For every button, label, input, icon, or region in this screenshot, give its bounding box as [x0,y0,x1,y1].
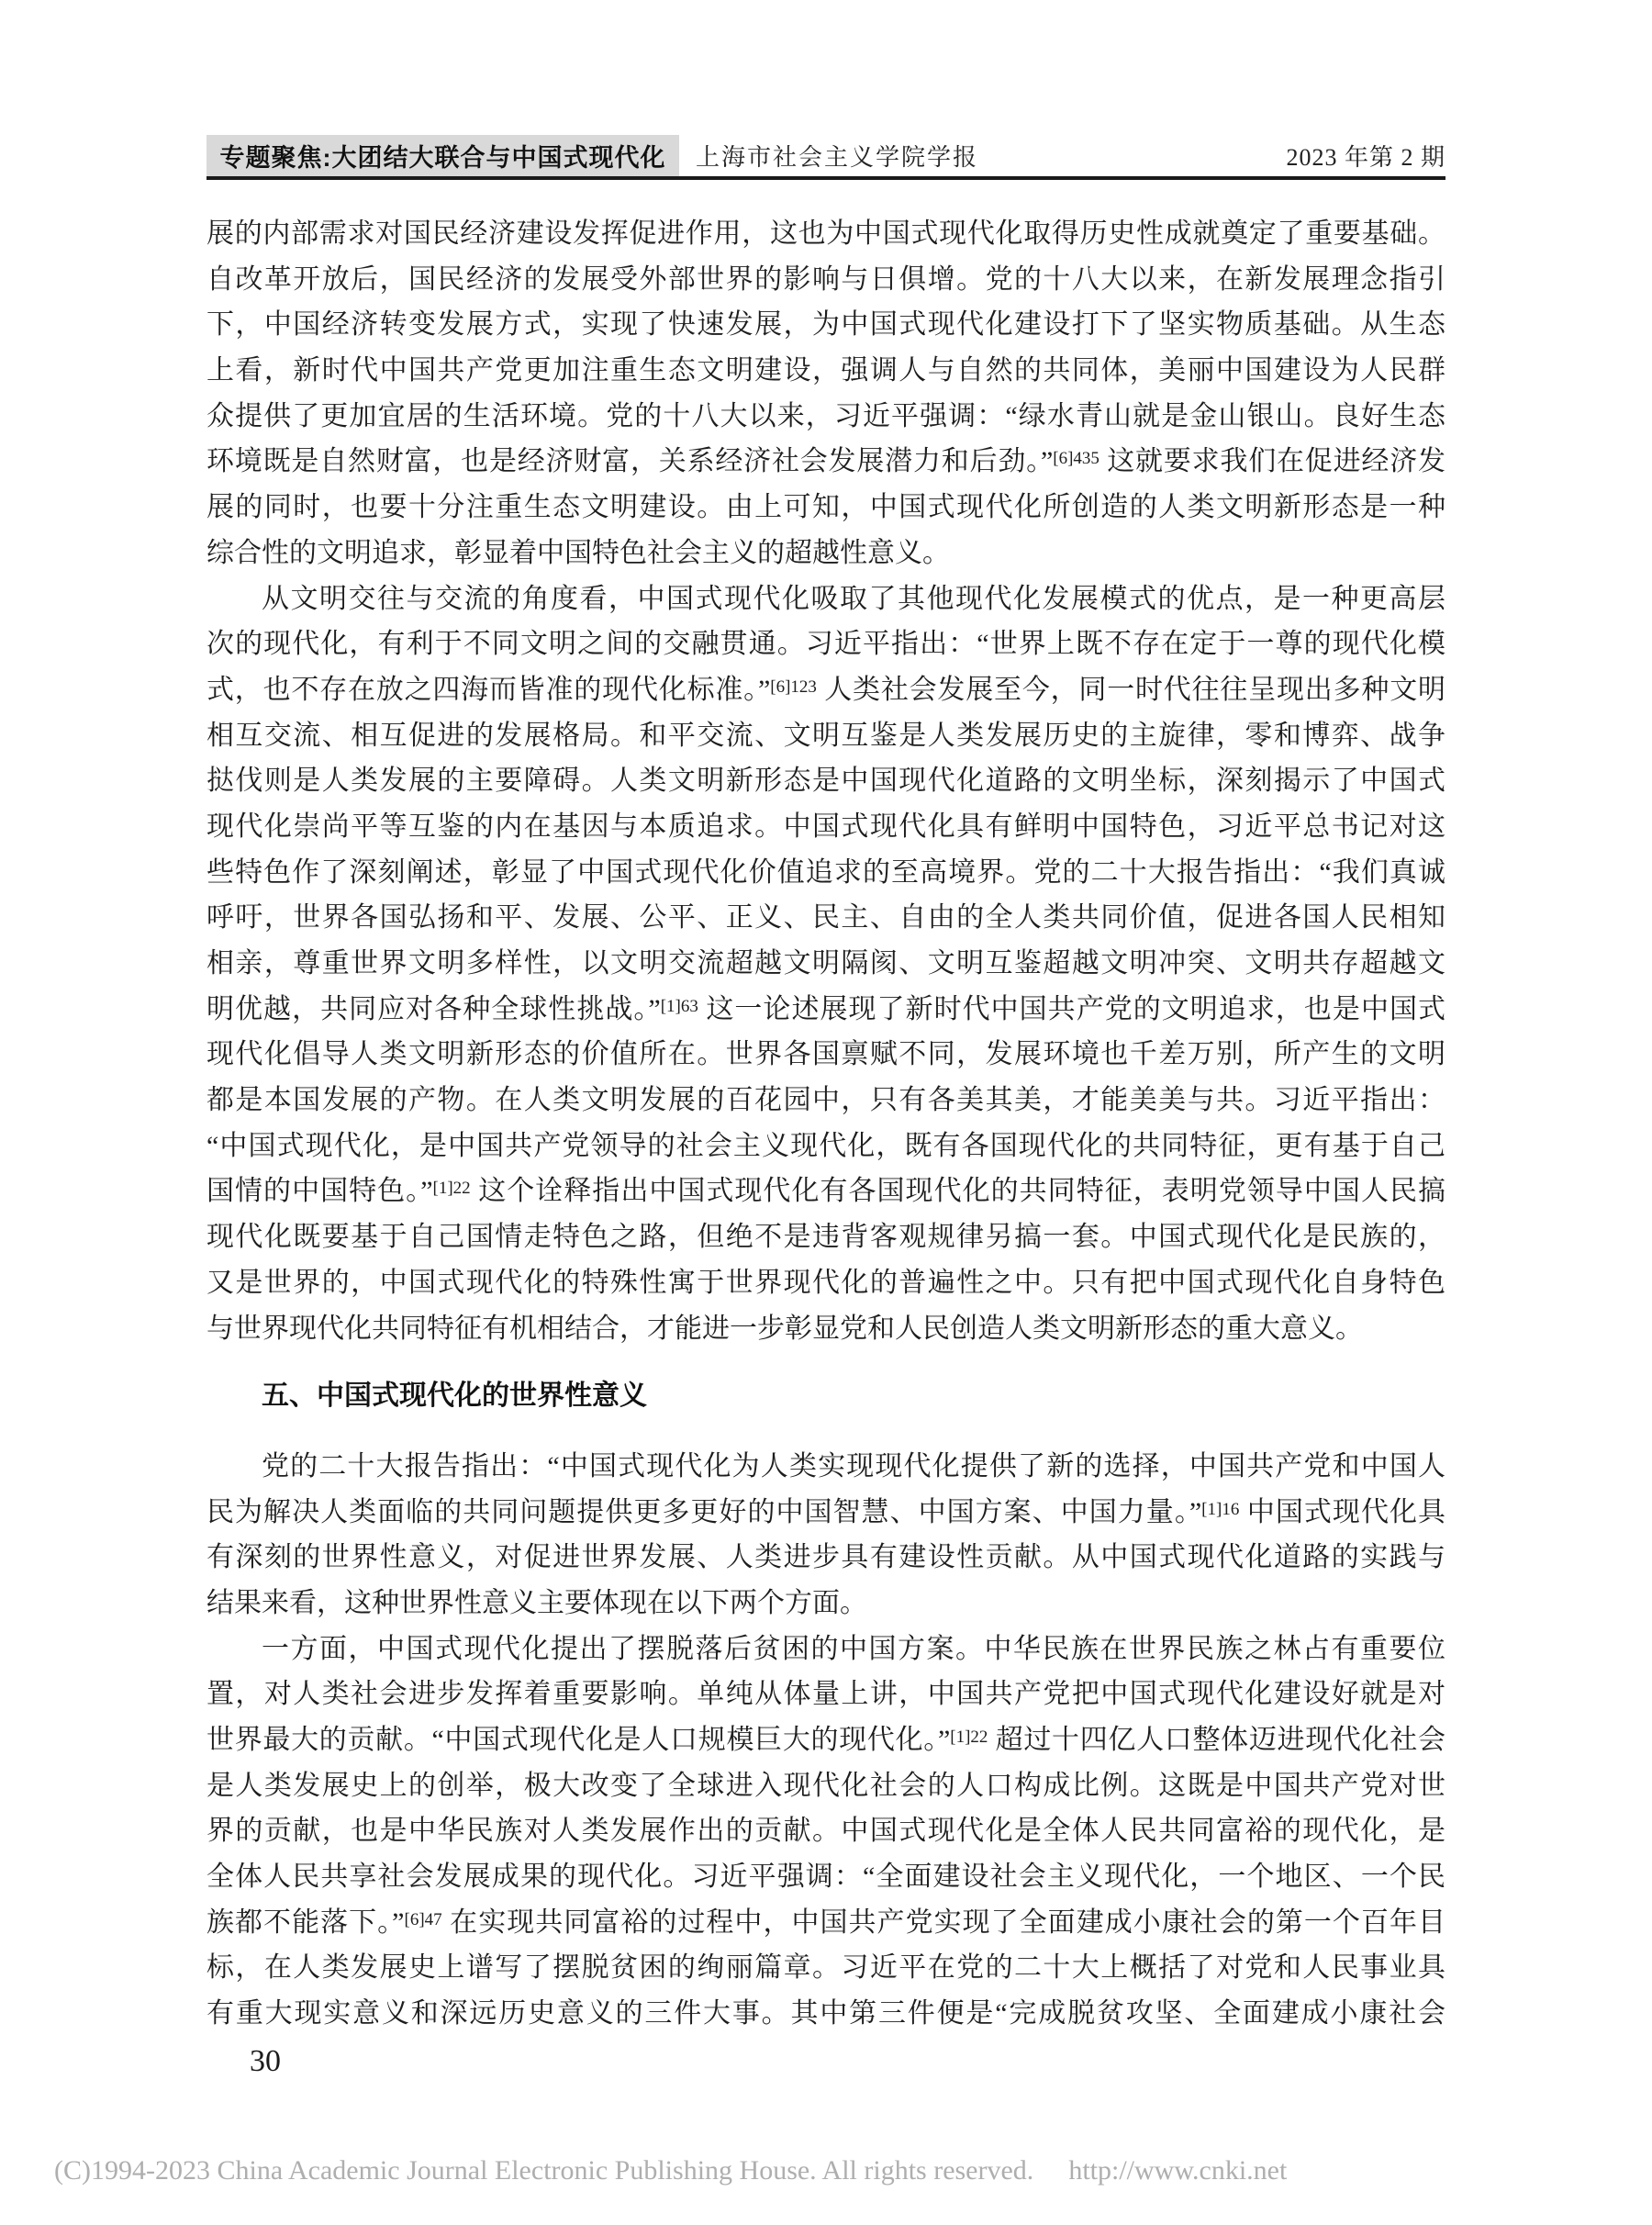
text-segment: 呼吁，世界各国弘扬和平、发展、公平、正义、民主、自由的全人类共同价值，促进各国人… [206,902,1445,933]
text-segment: 在实现共同富裕的过程中，中国共产党实现了全面建成小康社会的第一个百年目 [442,1907,1445,1938]
text-segment: 自改革开放后，国民经济的发展受外部世界的影响与日俱增。党的十八大以来，在新发展理… [206,264,1445,295]
text-line: 展的同时，也要十分注重生态文明建设。由上可知，中国式现代化所创造的人类文明新形态… [206,485,1445,531]
text-segment: 这个诠释指出中国式现代化有各国现代化的共同特征，表明党领导中国人民搞 [471,1176,1445,1206]
text-line: 次的现代化，有利于不同文明之间的交融贯通。习近平指出：“世界上既不存在定于一尊的… [206,621,1445,667]
text-line: 世界最大的贡献。“中国式现代化是人口规模巨大的现代化。”[1]22 超过十四亿人… [206,1717,1445,1763]
page-number: 30 [250,2044,281,2079]
text-line: 环境既是自然财富，也是经济财富，关系经济社会发展潜力和后劲。”[6]435 这就… [206,439,1445,485]
page-footer: (C)1994-2023 China Academic Journal Elec… [54,2155,1287,2186]
paragraph: 展的内部需求对国民经济建设发挥促进作用，这也为中国式现代化取得历史性成就奠定了重… [206,211,1445,576]
citation-superscript: [1]16 [1201,1500,1239,1519]
text-line: 又是世界的，中国式现代化的特殊性寓于世界现代化的普遍性之中。只有把中国式现代化自… [206,1260,1445,1306]
text-line: 展的内部需求对国民经济建设发挥促进作用，这也为中国式现代化取得历史性成就奠定了重… [206,211,1445,257]
text-segment: 结果来看，这种世界性意义主要体现在以下两个方面。 [206,1588,867,1618]
text-segment: 现代化既要基于自己国情走特色之路，但绝不是违背客观规律另搞一套。中国式现代化是民… [206,1222,1445,1252]
text-line: 呼吁，世界各国弘扬和平、发展、公平、正义、民主、自由的全人类共同价值，促进各国人… [206,895,1445,941]
text-line: 一方面，中国式现代化提出了摆脱落后贫困的中国方案。中华民族在世界民族之林占有重要… [206,1627,1445,1672]
paragraph: 从文明交往与交流的角度看，中国式现代化吸取了其他现代化发展模式的优点，是一种更高… [206,576,1445,1352]
column-header-box: 专题聚焦:大团结大联合与中国式现代化 [206,135,679,176]
column-header-label: 专题聚焦:大团结大联合与中国式现代化 [220,138,666,173]
text-segment: 标，在人类发展史上谱写了摆脱贫困的绚丽篇章。习近平在党的二十大上概括了对党和人民… [206,1952,1445,1983]
text-segment: 众提供了更加宜居的生活环境。党的十八大以来，习近平强调：“绿水青山就是金山银山。… [206,401,1445,431]
paragraph: 一方面，中国式现代化提出了摆脱落后贫困的中国方案。中华民族在世界民族之林占有重要… [206,1627,1445,2037]
text-segment: 相亲，尊重世界文明多样性，以文明交流超越文明隔阂、文明互鉴超越文明冲突、文明共存… [206,948,1445,978]
text-segment: 次的现代化，有利于不同文明之间的交融贯通。习近平指出：“世界上既不存在定于一尊的… [206,629,1445,659]
citation-superscript: [1]22 [950,1727,988,1747]
text-line: 从文明交往与交流的角度看，中国式现代化吸取了其他现代化发展模式的优点，是一种更高… [206,576,1445,622]
text-line: 现代化崇尚平等互鉴的内在基因与本质追求。中国式现代化具有鲜明中国特色，习近平总书… [206,804,1445,850]
citation-superscript: [6]435 [1053,449,1099,468]
text-line: 置，对人类社会进步发挥着重要影响。单纯从体量上讲，中国共产党把中国式现代化建设好… [206,1672,1445,1717]
paragraph: 党的二十大报告指出：“中国式现代化为人类实现现代化提供了新的选择，中国共产党和中… [206,1444,1445,1627]
text-line: 相亲，尊重世界文明多样性，以文明交流超越文明隔阂、文明互鉴超越文明冲突、文明共存… [206,941,1445,987]
text-segment: 综合性的文明追求，彰显着中国特色社会主义的超越性意义。 [206,538,950,568]
text-line: 都是本国发展的产物。在人类文明发展的百花园中，只有各美其美，才能美美与共。习近平… [206,1078,1445,1124]
issue-label: 2023 年第 2 期 [1286,139,1445,173]
text-segment: 民为解决人类面临的共同问题提供更多更好的中国智慧、中国方案、中国力量。” [206,1497,1201,1527]
text-line: 明优越，共同应对各种全球性挑战。”[1]63 这一论述展现了新时代中国共产党的文… [206,987,1445,1033]
text-segment: 挞伐则是人类发展的主要障碍。人类文明新形态是中国现代化道路的文明坐标，深刻揭示了… [206,766,1445,796]
text-line: 有重大现实意义和深远历史意义的三件大事。其中第三件便是“完成脱贫攻坚、全面建成小… [206,1991,1445,2037]
text-segment: “中国式现代化，是中国共产党领导的社会主义现代化，既有各国现代化的共同特征，更有… [206,1131,1445,1161]
text-segment: 明优越，共同应对各种全球性挑战。” [206,994,661,1024]
footer-url: http://www.cnki.net [1068,2155,1287,2186]
text-line: 族都不能落下。”[6]47 在实现共同富裕的过程中，中国共产党实现了全面建成小康… [206,1900,1445,1946]
text-segment: 国情的中国特色。” [206,1176,433,1206]
text-line: 民为解决人类面临的共同问题提供更多更好的中国智慧、中国方案、中国力量。”[1]1… [206,1490,1445,1536]
text-segment: 下，中国经济转变发展方式，实现了快速发展，为中国式现代化建设打下了坚实物质基础。… [206,309,1445,340]
text-segment: 式，也不存在放之四海而皆准的现代化标准。” [206,675,770,705]
text-segment: 现代化崇尚平等互鉴的内在基因与本质追求。中国式现代化具有鲜明中国特色，习近平总书… [206,811,1445,842]
journal-title: 上海市社会主义学院学报 [696,139,978,173]
text-segment: 超过十四亿人口整体迈进现代化社会 [988,1725,1445,1755]
text-line: 界的贡献，也是中华民族对人类发展作出的贡献。中国式现代化是全体人民共同富裕的现代… [206,1808,1445,1854]
text-segment: 有重大现实意义和深远历史意义的三件大事。其中第三件便是“完成脱贫攻坚、全面建成小… [206,1998,1445,2029]
text-segment: 全体人民共享社会发展成果的现代化。习近平强调：“全面建设社会主义现代化，一个地区… [206,1862,1445,1892]
text-segment: 一方面，中国式现代化提出了摆脱落后贫困的中国方案。中华民族在世界民族之林占有重要… [262,1634,1445,1664]
text-segment: 相互交流、相互促进的发展格局。和平交流、文明互鉴是人类发展历史的主旋律，零和博弈… [206,721,1445,751]
text-segment: 界的贡献，也是中华民族对人类发展作出的贡献。中国式现代化是全体人民共同富裕的现代… [206,1816,1445,1846]
text-line: 挞伐则是人类发展的主要障碍。人类文明新形态是中国现代化道路的文明坐标，深刻揭示了… [206,758,1445,804]
text-segment: 有深刻的世界性意义，对促进世界发展、人类进步具有建设性贡献。从中国式现代化道路的… [206,1542,1445,1572]
text-line: 党的二十大报告指出：“中国式现代化为人类实现现代化提供了新的选择，中国共产党和中… [206,1444,1445,1490]
text-segment: 族都不能落下。” [206,1907,405,1938]
text-segment: 这一论述展现了新时代中国共产党的文明追求，也是中国式 [698,994,1445,1024]
text-line: “中国式现代化，是中国共产党领导的社会主义现代化，既有各国现代化的共同特征，更有… [206,1124,1445,1169]
text-segment: 从文明交往与交流的角度看，中国式现代化吸取了其他现代化发展模式的优点，是一种更高… [262,584,1445,614]
text-line: 相互交流、相互促进的发展格局。和平交流、文明互鉴是人类发展历史的主旋律，零和博弈… [206,713,1445,759]
section-heading: 五、中国式现代化的世界性意义 [206,1373,1445,1419]
footer-copyright: (C)1994-2023 China Academic Journal Elec… [54,2155,1033,2186]
text-segment: 些特色作了深刻阐述，彰显了中国式现代化价值追求的至高境界。党的二十大报告指出：“… [206,857,1445,888]
text-line: 是人类发展史上的创举，极大改变了全球进入现代化社会的人口构成比例。这既是中国共产… [206,1763,1445,1809]
text-line: 现代化既要基于自己国情走特色之路，但绝不是违背客观规律另搞一套。中国式现代化是民… [206,1214,1445,1260]
text-line: 与世界现代化共同特征有机相结合，才能进一步彰显党和人民创造人类文明新形态的重大意… [206,1306,1445,1352]
text-segment: 置，对人类社会进步发挥着重要影响。单纯从体量上讲，中国共产党把中国式现代化建设好… [206,1679,1445,1709]
text-line: 些特色作了深刻阐述，彰显了中国式现代化价值追求的至高境界。党的二十大报告指出：“… [206,850,1445,896]
text-line: 全体人民共享社会发展成果的现代化。习近平强调：“全面建设社会主义现代化，一个地区… [206,1854,1445,1900]
page-header: 专题聚焦:大团结大联合与中国式现代化 上海市社会主义学院学报 2023 年第 2… [206,135,1445,176]
text-line: 国情的中国特色。”[1]22 这个诠释指出中国式现代化有各国现代化的共同特征，表… [206,1168,1445,1214]
text-line: 式，也不存在放之四海而皆准的现代化标准。”[6]123 人类社会发展至今，同一时… [206,667,1445,713]
text-segment: 都是本国发展的产物。在人类文明发展的百花园中，只有各美其美，才能美美与共。习近平… [206,1085,1445,1115]
article-body: 展的内部需求对国民经济建设发挥促进作用，这也为中国式现代化取得历史性成就奠定了重… [206,211,1445,2037]
text-segment: 展的内部需求对国民经济建设发挥促进作用，这也为中国式现代化取得历史性成就奠定了重… [206,218,1445,249]
text-segment: 现代化倡导人类文明新形态的价值所在。世界各国禀赋不同，发展环境也千差万别，所产生… [206,1039,1445,1069]
citation-superscript: [1]22 [433,1179,471,1198]
header-rule [206,176,1445,180]
text-line: 上看，新时代中国共产党更加注重生态文明建设，强调人与自然的共同体，美丽中国建设为… [206,348,1445,394]
text-line: 现代化倡导人类文明新形态的价值所在。世界各国禀赋不同，发展环境也千差万别，所产生… [206,1032,1445,1078]
text-segment: 世界最大的贡献。“中国式现代化是人口规模巨大的现代化。” [206,1725,950,1755]
text-line: 有深刻的世界性意义，对促进世界发展、人类进步具有建设性贡献。从中国式现代化道路的… [206,1535,1445,1581]
text-segment: 这就要求我们在促进经济发 [1099,446,1445,476]
text-segment: 是人类发展史上的创举，极大改变了全球进入现代化社会的人口构成比例。这既是中国共产… [206,1771,1445,1801]
text-segment: 与世界现代化共同特征有机相结合，才能进一步彰显党和人民创造人类文明新形态的重大意… [206,1314,1363,1344]
text-segment: 党的二十大报告指出：“中国式现代化为人类实现现代化提供了新的选择，中国共产党和中… [262,1451,1445,1481]
citation-superscript: [6]123 [770,677,817,697]
text-segment: 环境既是自然财富，也是经济财富，关系经济社会发展潜力和后劲。” [206,446,1053,476]
text-line: 综合性的文明追求，彰显着中国特色社会主义的超越性意义。 [206,531,1445,576]
text-segment: 展的同时，也要十分注重生态文明建设。由上可知，中国式现代化所创造的人类文明新形态… [206,492,1445,522]
text-segment: 上看，新时代中国共产党更加注重生态文明建设，强调人与自然的共同体，美丽中国建设为… [206,355,1445,386]
text-segment: 又是世界的，中国式现代化的特殊性寓于世界现代化的普遍性之中。只有把中国式现代化自… [206,1268,1445,1298]
text-line: 众提供了更加宜居的生活环境。党的十八大以来，习近平强调：“绿水青山就是金山银山。… [206,394,1445,440]
text-line: 下，中国经济转变发展方式，实现了快速发展，为中国式现代化建设打下了坚实物质基础。… [206,302,1445,348]
citation-superscript: [6]47 [405,1910,442,1929]
text-segment: 中国式现代化具 [1239,1497,1445,1527]
text-segment: 人类社会发展至今，同一时代往往呈现出多种文明 [817,675,1445,705]
text-line: 自改革开放后，国民经济的发展受外部世界的影响与日俱增。党的十八大以来，在新发展理… [206,257,1445,303]
text-line: 标，在人类发展史上谱写了摆脱贫困的绚丽篇章。习近平在党的二十大上概括了对党和人民… [206,1945,1445,1991]
text-line: 结果来看，这种世界性意义主要体现在以下两个方面。 [206,1581,1445,1627]
citation-superscript: [1]63 [661,997,698,1016]
